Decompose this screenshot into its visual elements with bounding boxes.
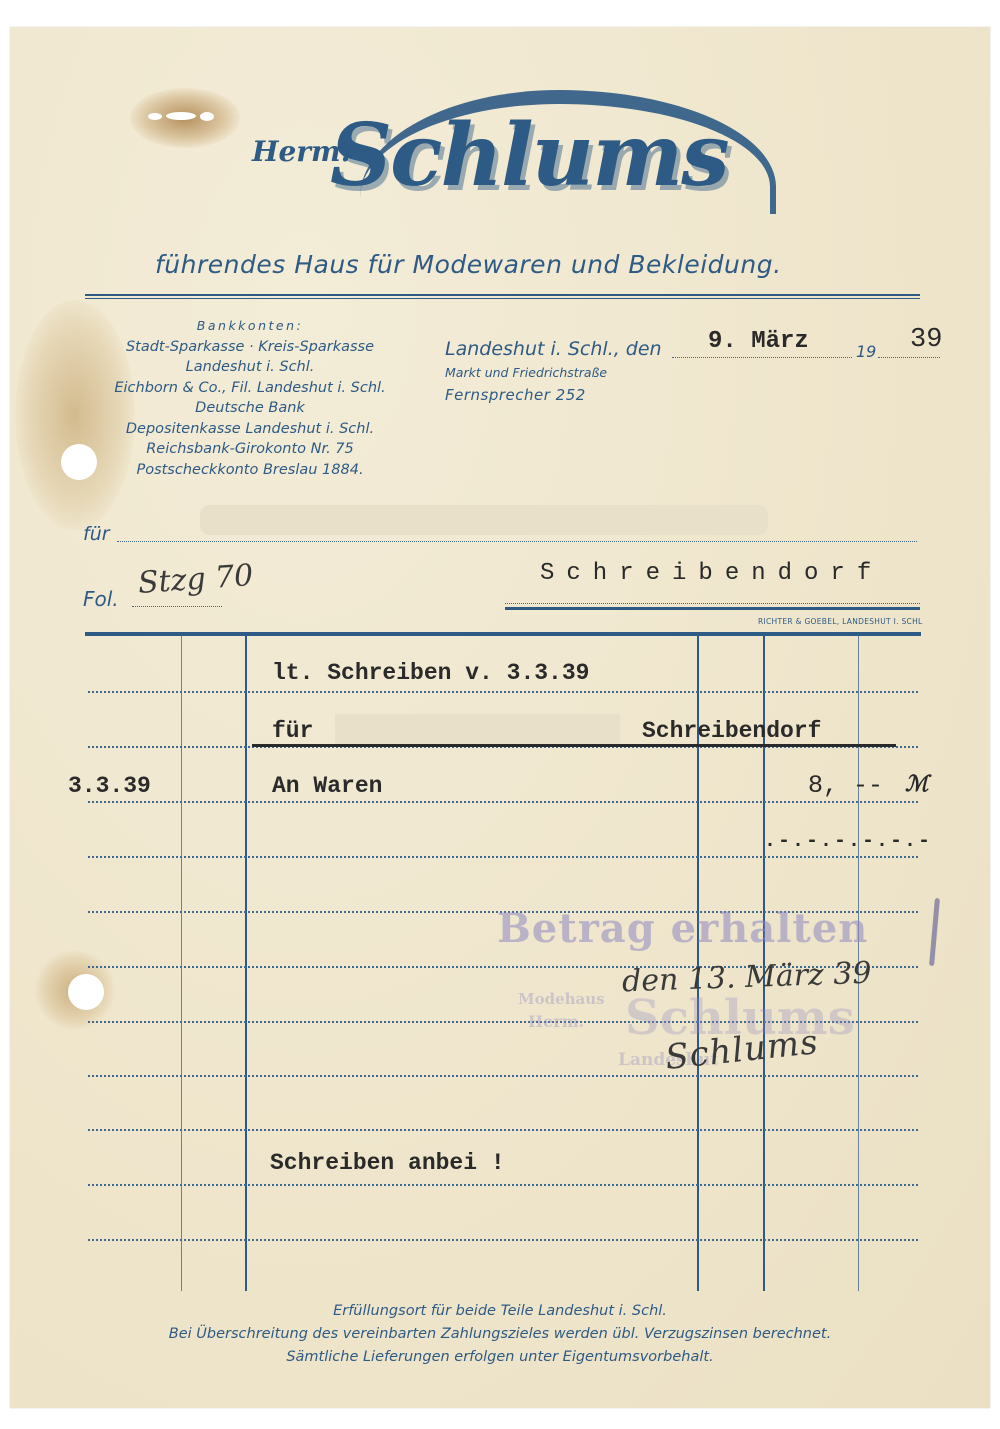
row-description: An Waren: [272, 773, 382, 799]
bank-heading: Bankkonten:: [80, 316, 420, 337]
row-description: Schreiben anbei !: [270, 1150, 505, 1176]
burn-hole: [166, 112, 196, 120]
header-rule: [85, 294, 920, 299]
table-row-line: [88, 1239, 918, 1241]
row-amount: 8, --: [808, 771, 883, 800]
town-typed: Schreibendorf: [540, 560, 883, 587]
bank-line: Stadt-Sparkasse · Kreis-Sparkasse: [80, 337, 420, 358]
year-typed: 39: [910, 325, 942, 355]
burn-hole: [200, 112, 214, 121]
tagline: führendes Haus für Modewaren und Bekleid…: [155, 250, 782, 279]
date-typed: 9. März: [708, 328, 809, 355]
date-dotted-line: [672, 357, 852, 358]
col-divider: [245, 636, 247, 1291]
stamp-firm-small: Herm.: [528, 1012, 584, 1031]
table-row-line: [88, 801, 918, 803]
fol-dotted-line: [132, 606, 222, 607]
bank-line: Reichsbank-Girokonto Nr. 75: [80, 439, 420, 460]
row-description-right: Schreibendorf: [642, 718, 821, 744]
footer-line: Sämtliche Lieferungen erfolgen unter Eig…: [80, 1346, 920, 1369]
table-row-line: [88, 1129, 918, 1131]
fuer-label: für: [83, 523, 110, 545]
printer-credit: RICHTER & GOEBEL, LANDESHUT I. SCHL: [758, 617, 923, 626]
stamp-received: Betrag erhalten: [497, 905, 868, 952]
town-rule: [505, 607, 920, 610]
phone-number: Fernsprecher 252: [445, 386, 586, 404]
bank-line: Depositenkasse Landeshut i. Schl.: [80, 419, 420, 440]
table-top-rule: [85, 632, 921, 636]
row-date: 3.3.39: [68, 773, 151, 799]
redacted-recipient: [200, 505, 768, 535]
punch-hole: [68, 974, 104, 1010]
table-row-line: [88, 691, 918, 693]
bank-line: Deutsche Bank: [80, 398, 420, 419]
total-dash-line: .-.-.-.-.-.-: [764, 830, 932, 853]
row-description: für: [272, 718, 313, 744]
century-label: 19: [856, 342, 876, 361]
recipient-dotted-line: [117, 541, 917, 542]
bank-line: Landeshut i. Schl.: [80, 357, 420, 378]
bank-accounts: Bankkonten: Stadt-Sparkasse · Kreis-Spar…: [80, 316, 420, 480]
bank-line: Eichborn & Co., Fil. Landeshut i. Schl.: [80, 378, 420, 399]
table-row-line: [88, 856, 918, 858]
col-divider: [181, 636, 182, 1291]
footer-line: Erfüllungsort für beide Teile Landeshut …: [80, 1300, 920, 1323]
table-row-line: [88, 1075, 918, 1077]
footer-terms: Erfüllungsort für beide Teile Landeshut …: [80, 1300, 920, 1369]
town-dotted-line: [505, 603, 920, 604]
typed-underline: [252, 744, 896, 747]
bank-line: Postscheckkonto Breslau 1884.: [80, 460, 420, 481]
row-description: lt. Schreiben v. 3.3.39: [272, 660, 589, 686]
footer-line: Bei Überschreitung des vereinbarten Zahl…: [80, 1323, 920, 1346]
redacted-name: [335, 714, 620, 746]
currency-mark: ℳ: [905, 772, 929, 798]
burn-hole: [148, 113, 162, 120]
stamp-firm-small: Modehaus: [518, 990, 605, 1008]
year-dotted-line: [878, 357, 940, 358]
street-address: Markt und Friedrichstraße: [445, 365, 607, 380]
table-row-line: [88, 1184, 918, 1186]
fol-label: Fol.: [83, 587, 119, 611]
place-label: Landeshut i. Schl., den: [445, 338, 662, 360]
